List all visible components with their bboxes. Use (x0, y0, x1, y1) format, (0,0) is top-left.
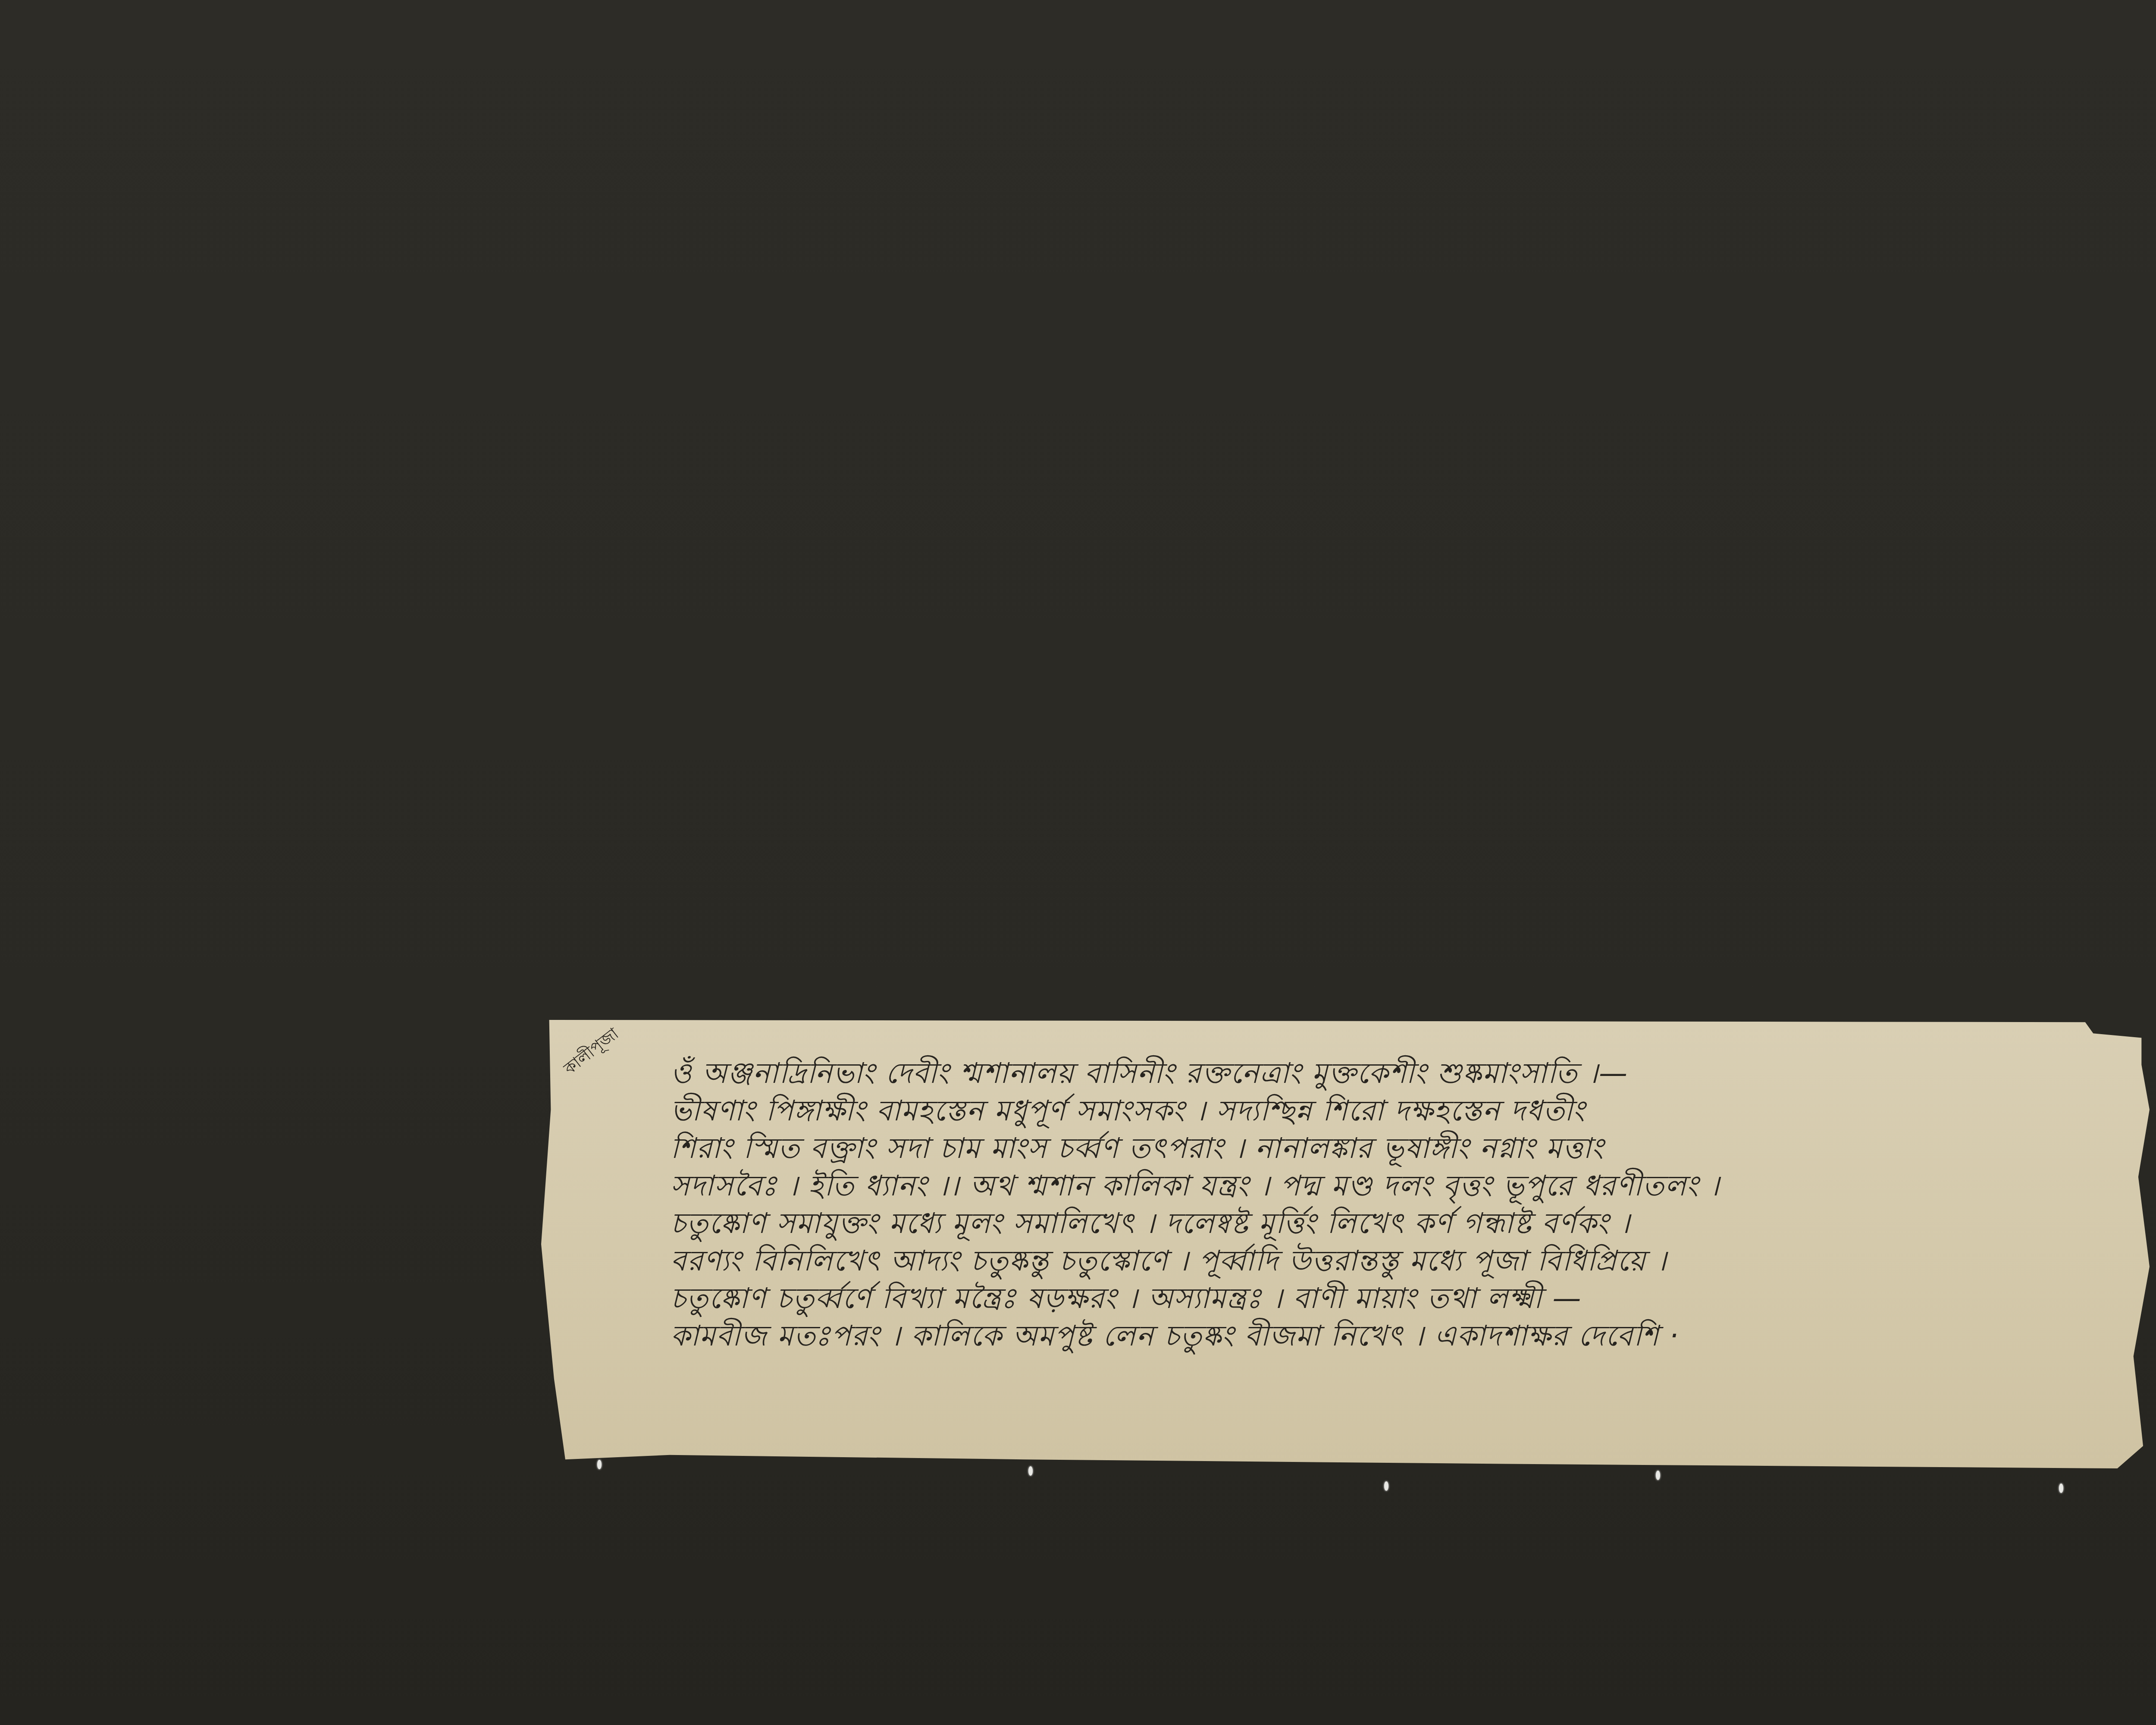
pin-icon (1384, 1481, 1388, 1491)
pin-icon (2059, 1483, 2063, 1493)
text-line: ভীষণাং পিঙ্গাক্ষীং বামহস্তেন মধুপূর্ণ সম… (671, 1092, 2115, 1129)
pin-icon (597, 1460, 602, 1469)
text-line: শিরাং স্মিত বক্ত্রাং সদা চাম মাংস চর্ব্ব… (671, 1129, 2115, 1167)
pin-icon (1028, 1466, 1033, 1476)
pin-icon (1656, 1471, 1660, 1480)
text-line: কামবীজ মতঃপরং । কালিকে অমপুষ্ট লেন চতুষ্… (671, 1317, 2115, 1355)
manuscript-text: ওঁ অঞ্জনাদ্রিনিভাং দেবীং শ্মশানালয় বাসি… (671, 1054, 2115, 1355)
text-line: বরণ্যং বিনিলিখেৎ আদ্যং চতুষ্কন্তু চতুস্ক… (671, 1242, 2115, 1280)
text-line: সদাসবৈঃ । ইতি ধ্যানং ।। অথ শ্মশান কালিকা… (671, 1167, 2115, 1204)
margin-note: কালীপূজা (558, 1022, 626, 1082)
manuscript-folio: কালীপূজা ওঁ অঞ্জনাদ্রিনিভাং দেবীং শ্মশান… (541, 1020, 2150, 1468)
text-line: চতুষ্কোণ চতুর্ব্বর্ণে বিখ্যা মন্ত্রৈঃ ষড… (671, 1280, 2115, 1317)
text-line: ওঁ অঞ্জনাদ্রিনিভাং দেবীং শ্মশানালয় বাসি… (671, 1054, 2115, 1092)
text-line: চতুষ্কোণ সমাযুক্তং মধ্যে মূলং সমালিখেৎ ।… (671, 1204, 2115, 1242)
